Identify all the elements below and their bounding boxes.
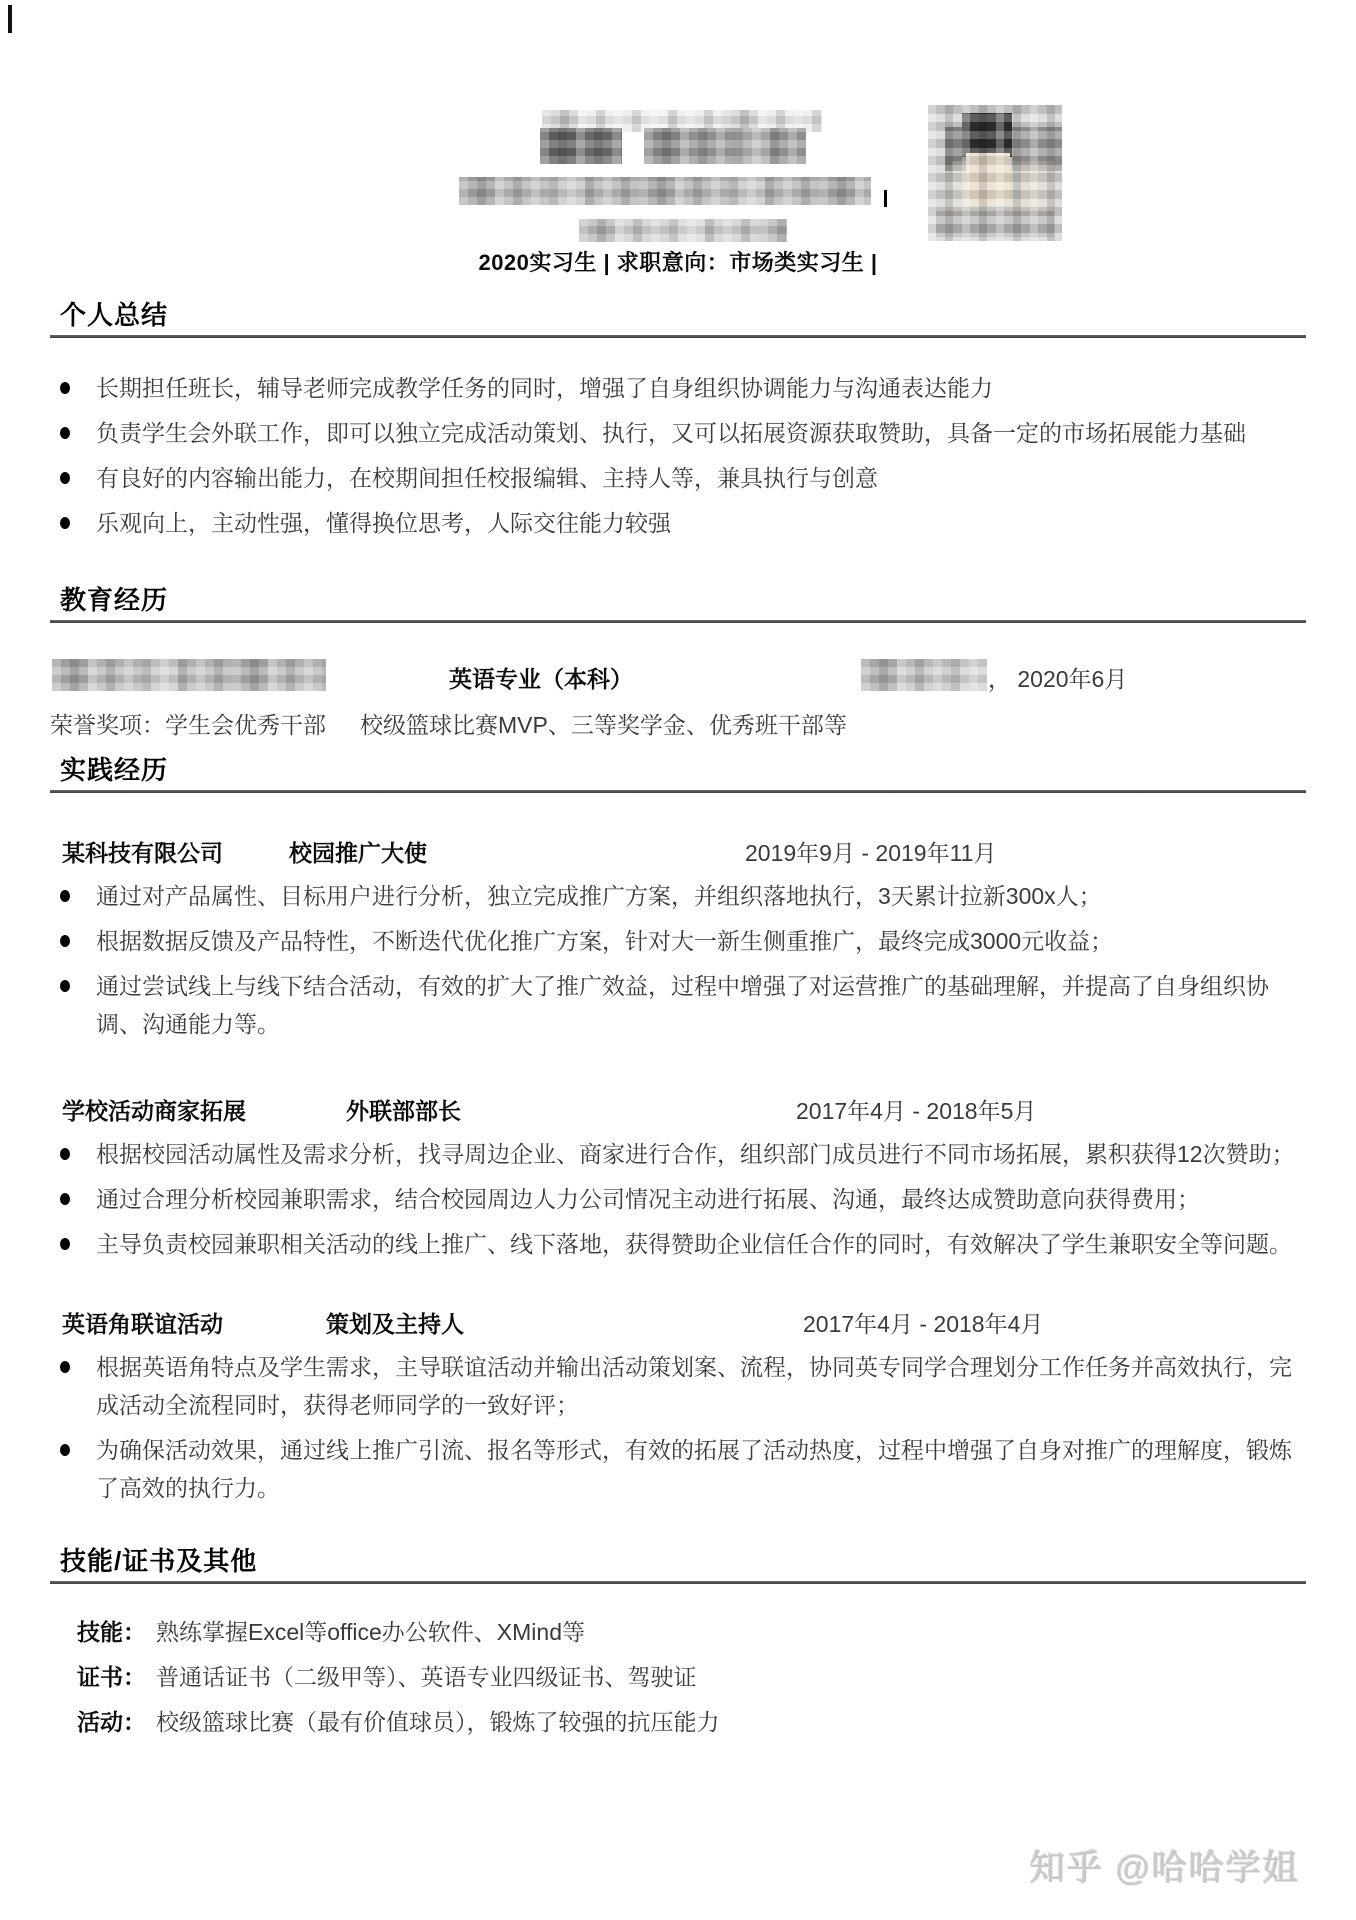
bullet-dot-icon: [60, 1361, 70, 1373]
resume-page: 2020实习生 | 求职意向：市场类实习生 | 个人总结 长期担任班长，辅导老师…: [0, 0, 1356, 1920]
experience-header: 学校活动商家拓展 外联部部长 2017年4月 - 2018年5月: [50, 1093, 1306, 1123]
section-title: 个人总结: [60, 300, 1306, 330]
bullet-dot-icon: [60, 472, 70, 484]
redacted-name-block: [644, 128, 806, 164]
bullet-item: 通过尝试线上与线下结合活动，有效的扩大了推广效益，过程中增强了对运营推广的基础理…: [50, 967, 1306, 1043]
bullet-text: 长期担任班长，辅导老师完成教学任务的同时，增强了自身组织协调能力与沟通表达能力: [96, 375, 993, 401]
skill-row-text: 校级篮球比赛（最有价值球员），锻炼了较强的抗压能力: [156, 1709, 720, 1735]
bullet-item: 主导负责校园兼职相关活动的线上推广、线下落地，获得赞助企业信任合作的同时，有效解…: [50, 1225, 1306, 1263]
bullet-item: 根据英语角特点及学生需求，主导联谊活动并输出活动策划案、流程，协同英专同学合理划…: [50, 1348, 1306, 1424]
experience-date: 2017年4月 - 2018年4月: [803, 1306, 1043, 1339]
experience-item: 某科技有限公司 校园推广大使 2019年9月 - 2019年11月 通过对产品属…: [50, 835, 1306, 1043]
job-intent-line: 2020实习生 | 求职意向：市场类实习生 |: [0, 246, 1356, 277]
experience-bullet-list: 根据校园活动属性及需求分析，找寻周边企业、商家进行合作，组织部门成员进行不同市场…: [50, 1135, 1306, 1263]
bullet-item: 乐观向上，主动性强，懂得换位思考，人际交往能力较强: [50, 504, 1306, 542]
skill-row: 活动：校级篮球比赛（最有价值球员），锻炼了较强的抗压能力: [77, 1704, 1306, 1734]
bullet-item: 负责学生会外联工作，即可以独立完成活动策划、执行，又可以拓展资源获取赞助，具备一…: [50, 414, 1306, 452]
education-date: ， 2020年6月: [988, 661, 1127, 694]
redacted-school-name: [52, 659, 326, 691]
bullet-text: 根据英语角特点及学生需求，主导联谊活动并输出活动策划案、流程，协同英专同学合理划…: [96, 1354, 1292, 1418]
bullet-text: 有良好的内容输出能力，在校期间担任校报编辑、主持人等，兼具执行与创意: [96, 465, 878, 491]
bullet-item: 根据校园活动属性及需求分析，找寻周边企业、商家进行合作，组织部门成员进行不同市场…: [50, 1135, 1306, 1173]
redacted-city-name: [861, 659, 987, 691]
summary-bullet-list: 长期担任班长，辅导老师完成教学任务的同时，增强了自身组织协调能力与沟通表达能力负…: [50, 369, 1306, 542]
photo-shoulder-pixels: [936, 211, 1054, 237]
bullet-text: 为确保活动效果，通过线上推广引流、报名等形式，有效的拓展了活动热度，过程中增强了…: [96, 1437, 1292, 1501]
section-divider: [50, 1581, 1306, 1584]
skill-row-text: 熟练掌握Excel等office办公软件、XMind等: [156, 1619, 585, 1645]
photo-hair-pixels: [962, 113, 1012, 157]
honors-text: 校级篮球比赛MVP、三等奖学金、优秀班干部等: [360, 712, 847, 738]
bullet-item: 有良好的内容输出能力，在校期间担任校报编辑、主持人等，兼具执行与创意: [50, 459, 1306, 497]
section-title: 教育经历: [60, 585, 1306, 615]
bullet-text: 通过合理分析校园兼职需求，结合校园周边人力公司情况主动进行拓展、沟通，最终达成赞…: [96, 1186, 1200, 1212]
section-skills: 技能/证书及其他 技能：熟练掌握Excel等office办公软件、XMind等 …: [50, 1546, 1306, 1734]
bullet-dot-icon: [60, 427, 70, 439]
bullet-text: 根据数据反馈及产品特性，不断迭代优化推广方案，针对大一新生侧重推广，最终完成30…: [96, 928, 1113, 954]
section-experience: 实践经历 某科技有限公司 校园推广大使 2019年9月 - 2019年11月 通…: [50, 755, 1306, 1507]
bullet-item: 为确保活动效果，通过线上推广引流、报名等形式，有效的拓展了活动热度，过程中增强了…: [50, 1431, 1306, 1507]
redacted-name-block: [540, 128, 622, 164]
section-divider: [50, 335, 1306, 338]
skill-row: 技能：熟练掌握Excel等office办公软件、XMind等: [77, 1614, 1306, 1644]
bullet-item: 根据数据反馈及产品特性，不断迭代优化推广方案，针对大一新生侧重推广，最终完成30…: [50, 922, 1306, 960]
experience-role: 校园推广大使: [289, 835, 427, 868]
redacted-contact-block: [579, 219, 787, 242]
bullet-dot-icon: [60, 980, 70, 992]
experience-date: 2019年9月 - 2019年11月: [745, 835, 996, 868]
bullet-dot-icon: [60, 1238, 70, 1250]
bullet-item: 长期担任班长，辅导老师完成教学任务的同时，增强了自身组织协调能力与沟通表达能力: [50, 369, 1306, 407]
experience-item: 英语角联谊活动 策划及主持人 2017年4月 - 2018年4月 根据英语角特点…: [50, 1306, 1306, 1507]
bullet-dot-icon: [60, 890, 70, 902]
experience-org: 英语角联谊活动: [62, 1306, 223, 1339]
resume-content: 个人总结 长期担任班长，辅导老师完成教学任务的同时，增强了自身组织协调能力与沟通…: [0, 300, 1356, 1734]
honors-label: 荣誉奖项：学生会优秀干部: [50, 712, 326, 738]
experience-header: 某科技有限公司 校园推广大使 2019年9月 - 2019年11月: [50, 835, 1306, 865]
bullet-item: 通过对产品属性、目标用户进行分析，独立完成推广方案，并组织落地执行，3天累计拉新…: [50, 877, 1306, 915]
text-cursor-mark: [884, 190, 887, 207]
bullet-dot-icon: [60, 1444, 70, 1456]
redacted-contact-block: [459, 177, 871, 205]
experience-item: 学校活动商家拓展 外联部部长 2017年4月 - 2018年5月 根据校园活动属…: [50, 1093, 1306, 1263]
bullet-text: 主导负责校园兼职相关活动的线上推广、线下落地，获得赞助企业信任合作的同时，有效解…: [96, 1231, 1292, 1257]
section-personal-summary: 个人总结 长期担任班长，辅导老师完成教学任务的同时，增强了自身组织协调能力与沟通…: [50, 300, 1306, 542]
skill-row: 证书：普通话证书（二级甲等）、英语专业四级证书、驾驶证: [77, 1659, 1306, 1689]
experience-date: 2017年4月 - 2018年5月: [796, 1093, 1036, 1126]
experience-org: 某科技有限公司: [62, 835, 223, 868]
bullet-dot-icon: [60, 382, 70, 394]
bullet-text: 乐观向上，主动性强，懂得换位思考，人际交往能力较强: [96, 510, 671, 536]
education-row: 英语专业（本科） ， 2020年6月: [50, 661, 1306, 691]
section-divider: [50, 790, 1306, 793]
experience-role: 策划及主持人: [326, 1306, 464, 1339]
bullet-dot-icon: [60, 1193, 70, 1205]
skill-row-label: 活动：: [77, 1709, 146, 1735]
skill-rows: 技能：熟练掌握Excel等office办公软件、XMind等 证书：普通话证书（…: [77, 1614, 1306, 1734]
section-title: 实践经历: [60, 755, 1306, 785]
bullet-dot-icon: [60, 1148, 70, 1160]
section-education: 教育经历 英语专业（本科） ， 2020年6月 荣誉奖项：学生会优秀干部校级篮球…: [50, 585, 1306, 737]
bullet-text: 负责学生会外联工作，即可以独立完成活动策划、执行，又可以拓展资源获取赞助，具备一…: [96, 420, 1246, 446]
education-major: 英语专业（本科）: [449, 661, 633, 694]
skill-row-label: 技能：: [77, 1619, 146, 1645]
bullet-dot-icon: [60, 517, 70, 529]
section-divider: [50, 620, 1306, 623]
photo-face-pixels: [966, 153, 1010, 205]
experience-role: 外联部部长: [346, 1093, 461, 1126]
education-honors-row: 荣誉奖项：学生会优秀干部校级篮球比赛MVP、三等奖学金、优秀班干部等: [50, 707, 1306, 737]
experience-bullet-list: 根据英语角特点及学生需求，主导联谊活动并输出活动策划案、流程，协同英专同学合理划…: [50, 1348, 1306, 1507]
zhihu-watermark: 知乎 @哈哈学姐: [1030, 1841, 1300, 1891]
bullet-dot-icon: [60, 935, 70, 947]
resume-header: 2020实习生 | 求职意向：市场类实习生 |: [0, 0, 1356, 300]
experience-bullet-list: 通过对产品属性、目标用户进行分析，独立完成推广方案，并组织落地执行，3天累计拉新…: [50, 877, 1306, 1043]
skill-row-text: 普通话证书（二级甲等）、英语专业四级证书、驾驶证: [156, 1664, 697, 1690]
experience-org: 学校活动商家拓展: [62, 1093, 246, 1126]
bullet-text: 通过对产品属性、目标用户进行分析，独立完成推广方案，并组织落地执行，3天累计拉新…: [96, 883, 1102, 909]
skill-row-label: 证书：: [77, 1664, 146, 1690]
profile-photo: [928, 105, 1062, 241]
bullet-text: 根据校园活动属性及需求分析，找寻周边企业、商家进行合作，组织部门成员进行不同市场…: [96, 1141, 1295, 1167]
section-title: 技能/证书及其他: [60, 1546, 1306, 1576]
bullet-item: 通过合理分析校园兼职需求，结合校园周边人力公司情况主动进行拓展、沟通，最终达成赞…: [50, 1180, 1306, 1218]
experience-header: 英语角联谊活动 策划及主持人 2017年4月 - 2018年4月: [50, 1306, 1306, 1336]
bullet-text: 通过尝试线上与线下结合活动，有效的扩大了推广效益，过程中增强了对运营推广的基础理…: [96, 973, 1269, 1037]
